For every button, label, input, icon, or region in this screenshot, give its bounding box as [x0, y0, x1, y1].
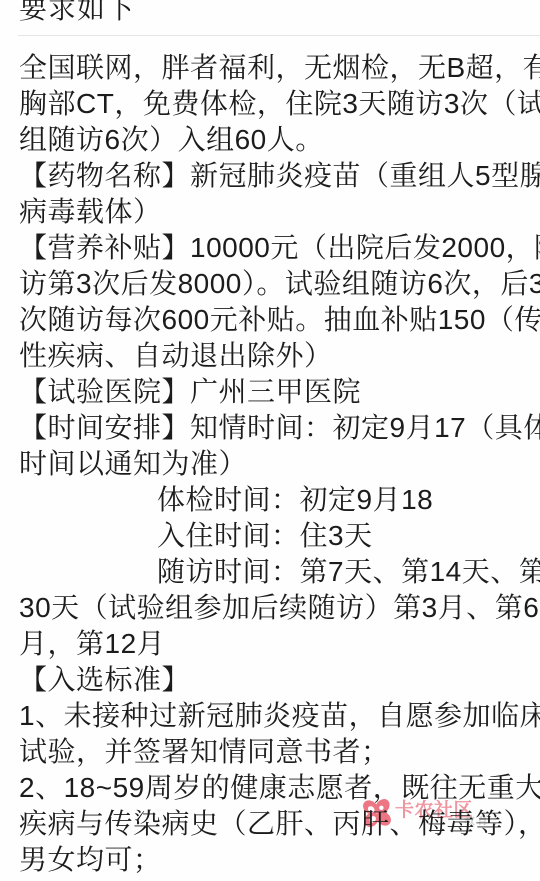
text-line: 随访时间：第7天、第14天、第	[19, 554, 528, 590]
text-line: 性疾病、自动退出除外）	[19, 338, 528, 374]
text-line: 病毒载体）	[19, 194, 528, 230]
header-clipped-line: 要求如下	[19, 0, 135, 27]
text-line: 【时间安排】知情时间：初定9月17（具体	[19, 410, 528, 446]
text-line: 体检时间：初定9月18	[19, 482, 528, 518]
text-line: 月，第12月	[19, 626, 528, 662]
recruitment-notice-text: 全国联网，胖者福利，无烟检，无B超，有胸部CT，免费体检，住院3天随访3次（试验…	[0, 50, 540, 878]
text-line: 胸部CT，免费体检，住院3天随访3次（试验	[19, 86, 528, 122]
text-line: 访第3次后发8000）。试验组随访6次，后3	[19, 266, 528, 302]
text-line: 组随访6次）入组60人。	[19, 122, 528, 158]
text-line: 【营养补贴】10000元（出院后发2000，随	[19, 230, 528, 266]
text-line: 【试验医院】广州三甲医院	[19, 374, 528, 410]
text-line: 试验，并签署知情同意书者；	[19, 734, 528, 770]
text-line: 时间以通知为准）	[19, 446, 528, 482]
text-line: 疾病与传染病史（乙肝、丙肝、梅毒等），	[19, 806, 528, 842]
text-line: 次随访每次600元补贴。抽血补贴150（传染	[19, 302, 528, 338]
text-line: 30天（试验组参加后续随访）第3月、第6	[19, 590, 528, 626]
text-line: 入住时间：住3天	[19, 518, 528, 554]
text-line: 【药物名称】新冠肺炎疫苗（重组人5型腺	[19, 158, 528, 194]
text-line: 全国联网，胖者福利，无烟检，无B超，有	[19, 50, 528, 86]
text-line: 【入选标准】	[19, 662, 528, 698]
text-line: 男女均可；	[19, 842, 528, 878]
text-line: 2、18~59周岁的健康志愿者，既往无重大	[19, 770, 528, 806]
notice-screenshot: 要求如下 卡农社区 教育 全国联网，胖者福利，无烟检，无B超，有胸部CT，免费体…	[0, 0, 540, 881]
divider	[18, 35, 540, 36]
text-line: 1、未接种过新冠肺炎疫苗，自愿参加临床	[19, 698, 528, 734]
